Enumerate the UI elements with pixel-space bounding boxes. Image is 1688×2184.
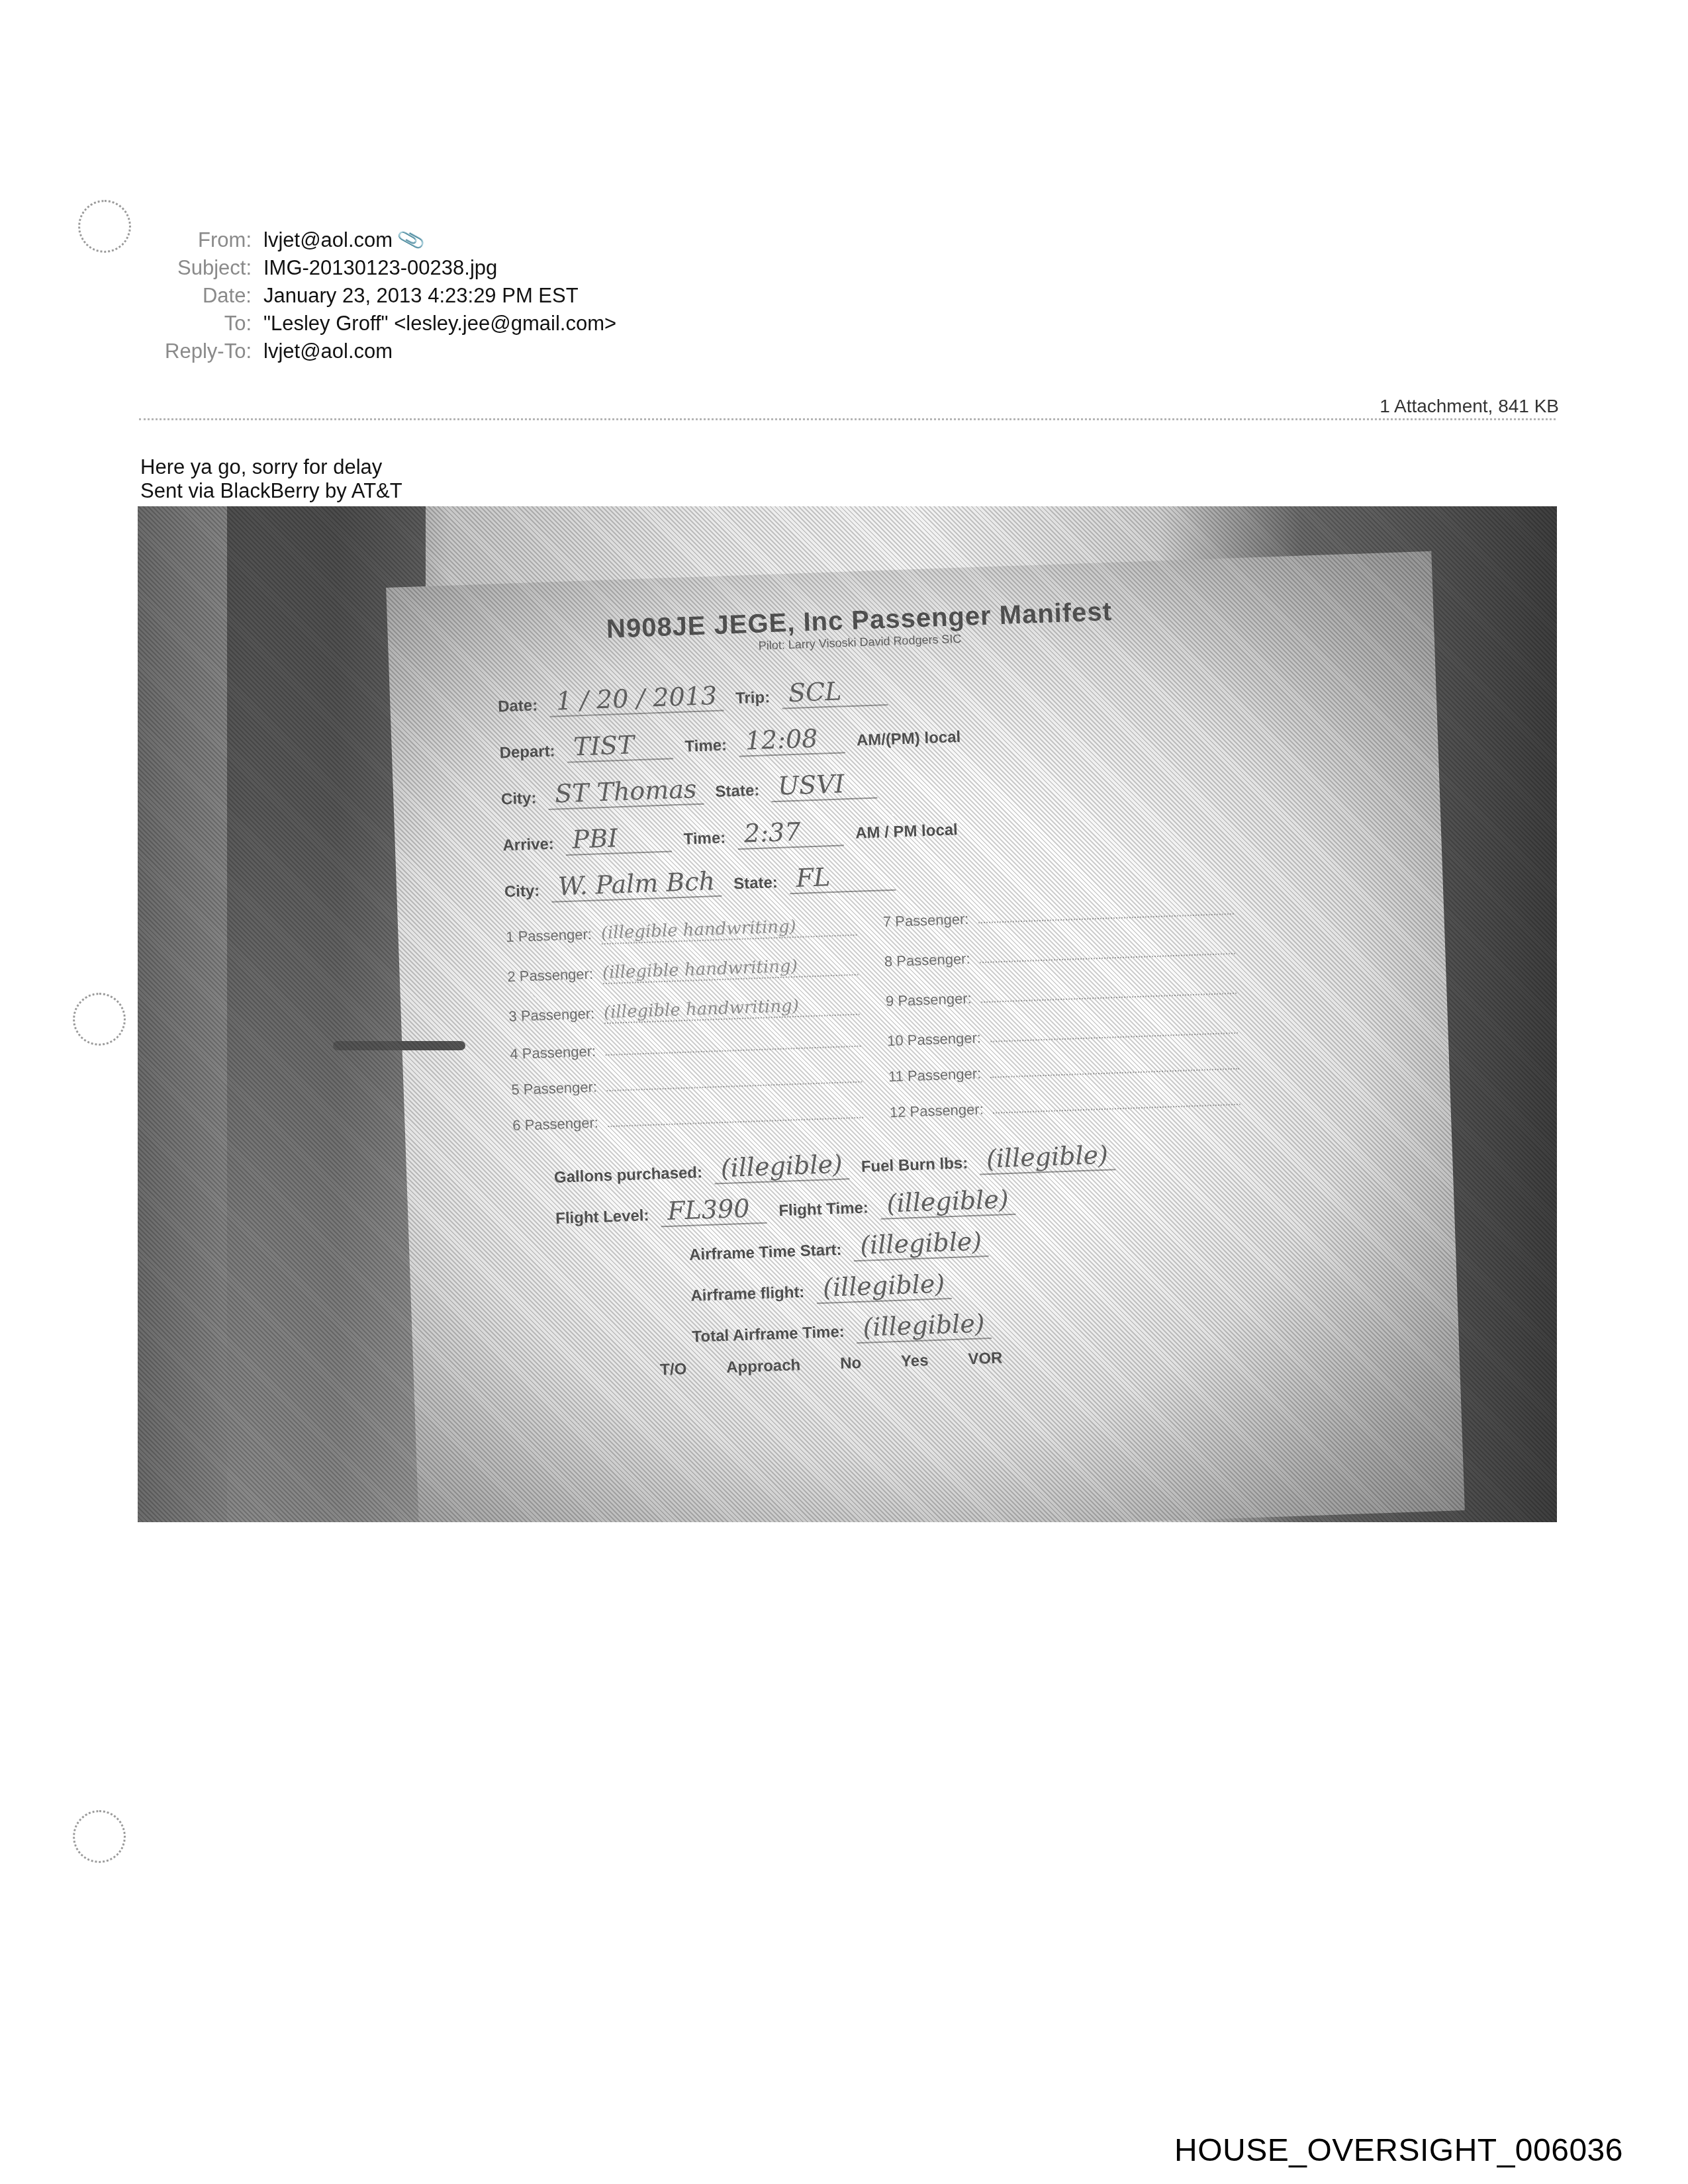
depart-time-label: Time: <box>684 736 727 756</box>
passenger-row: 12 Passenger: <box>890 1092 1241 1121</box>
header-label: From: <box>132 228 263 252</box>
bates-number: HOUSE_OVERSIGHT_006036 <box>1174 2132 1623 2169</box>
body-line: Sent via BlackBerry by AT&T <box>140 479 402 503</box>
header-reply-to: Reply-To: lvjet@aol.com <box>132 340 616 367</box>
passenger-row: 10 Passenger: <box>887 1021 1239 1050</box>
arrive-city-value: W. Palm Bch <box>551 866 722 903</box>
passenger-list: 1 Passenger:(illegible handwriting) 7 Pa… <box>506 901 1241 1134</box>
trip-value: SCL <box>781 675 888 709</box>
depart-value: TIST <box>567 729 674 763</box>
arrive-state-label: State: <box>733 874 778 893</box>
arrive-city-label: City: <box>504 882 539 901</box>
date-label: Date: <box>498 696 538 716</box>
depart-city-label: City: <box>501 790 537 809</box>
sender-email[interactable]: lvjet@aol.com <box>263 228 393 252</box>
depart-state-label: State: <box>715 782 760 801</box>
arrive-state-value: FL <box>789 860 896 895</box>
passenger-row: 1 Passenger:(illegible handwriting) <box>506 915 857 948</box>
date-value: 1 / 20 / 2013 <box>549 681 724 717</box>
reply-to-value[interactable]: lvjet@aol.com <box>263 340 393 363</box>
trip-label: Trip: <box>735 688 771 708</box>
header-to: To: "Lesley Groff" <lesley.jee@gmail.com… <box>132 312 616 340</box>
passenger-manifest-form: N908JE JEGE, Inc Passenger Manifest Pilo… <box>495 593 1250 1407</box>
depart-state-value: USVI <box>771 768 878 803</box>
passenger-row: 5 Passenger: <box>511 1069 863 1099</box>
passenger-row: 11 Passenger: <box>888 1056 1240 1085</box>
email-header: From: lvjet@aol.com 📎 Subject: IMG-20130… <box>132 228 616 367</box>
arrive-label: Arrive: <box>502 835 554 856</box>
passenger-row: 3 Passenger:(illegible handwriting) <box>508 994 860 1027</box>
paperclip-icon: 📎 <box>396 226 427 256</box>
passenger-row: 9 Passenger: <box>886 981 1237 1014</box>
header-from: From: lvjet@aol.com 📎 <box>132 228 616 256</box>
passenger-row: 4 Passenger: <box>510 1034 861 1063</box>
arrive-ampm: AM / PM local <box>855 821 959 842</box>
passenger-row: 6 Passenger: <box>512 1105 864 1134</box>
depart-city-value: ST Thomas <box>547 774 704 810</box>
date-value: January 23, 2013 4:23:29 PM EST <box>263 284 579 308</box>
header-subject: Subject: IMG-20130123-00238.jpg <box>132 256 616 284</box>
attached-photo[interactable]: N908JE JEGE, Inc Passenger Manifest Pilo… <box>138 506 1557 1522</box>
passenger-row: 8 Passenger: <box>884 941 1236 974</box>
pen-clip <box>333 1041 465 1050</box>
arrive-time-value: 2:37 <box>737 815 844 850</box>
hole-punch-bottom <box>73 1810 126 1863</box>
header-label: Date: <box>132 284 263 308</box>
arrive-time-label: Time: <box>683 829 726 849</box>
hole-punch-top <box>78 200 131 253</box>
subject-value: IMG-20130123-00238.jpg <box>263 256 497 280</box>
fuel-section: Gallons purchased: (illegible) Fuel Burn… <box>514 1136 1250 1407</box>
depart-time-value: 12:08 <box>738 723 845 757</box>
passenger-row: 2 Passenger:(illegible handwriting) <box>507 954 859 987</box>
header-label: To: <box>132 312 263 336</box>
body-line: Here ya go, sorry for delay <box>140 455 402 479</box>
depart-ampm: AM/(PM) local <box>856 728 961 750</box>
header-divider <box>139 418 1556 420</box>
recipient-value[interactable]: "Lesley Groff" <lesley.jee@gmail.com> <box>263 312 616 336</box>
header-label: Reply-To: <box>132 340 263 363</box>
attachment-summary[interactable]: 1 Attachment, 841 KB <box>1380 396 1559 417</box>
arrive-value: PBI <box>565 821 673 856</box>
passenger-row: 7 Passenger: <box>882 901 1234 934</box>
header-label: Subject: <box>132 256 263 280</box>
hole-punch-middle <box>73 993 126 1046</box>
depart-label: Depart: <box>499 743 555 763</box>
email-body: Here ya go, sorry for delay Sent via Bla… <box>140 455 402 503</box>
header-date: Date: January 23, 2013 4:23:29 PM EST <box>132 284 616 312</box>
